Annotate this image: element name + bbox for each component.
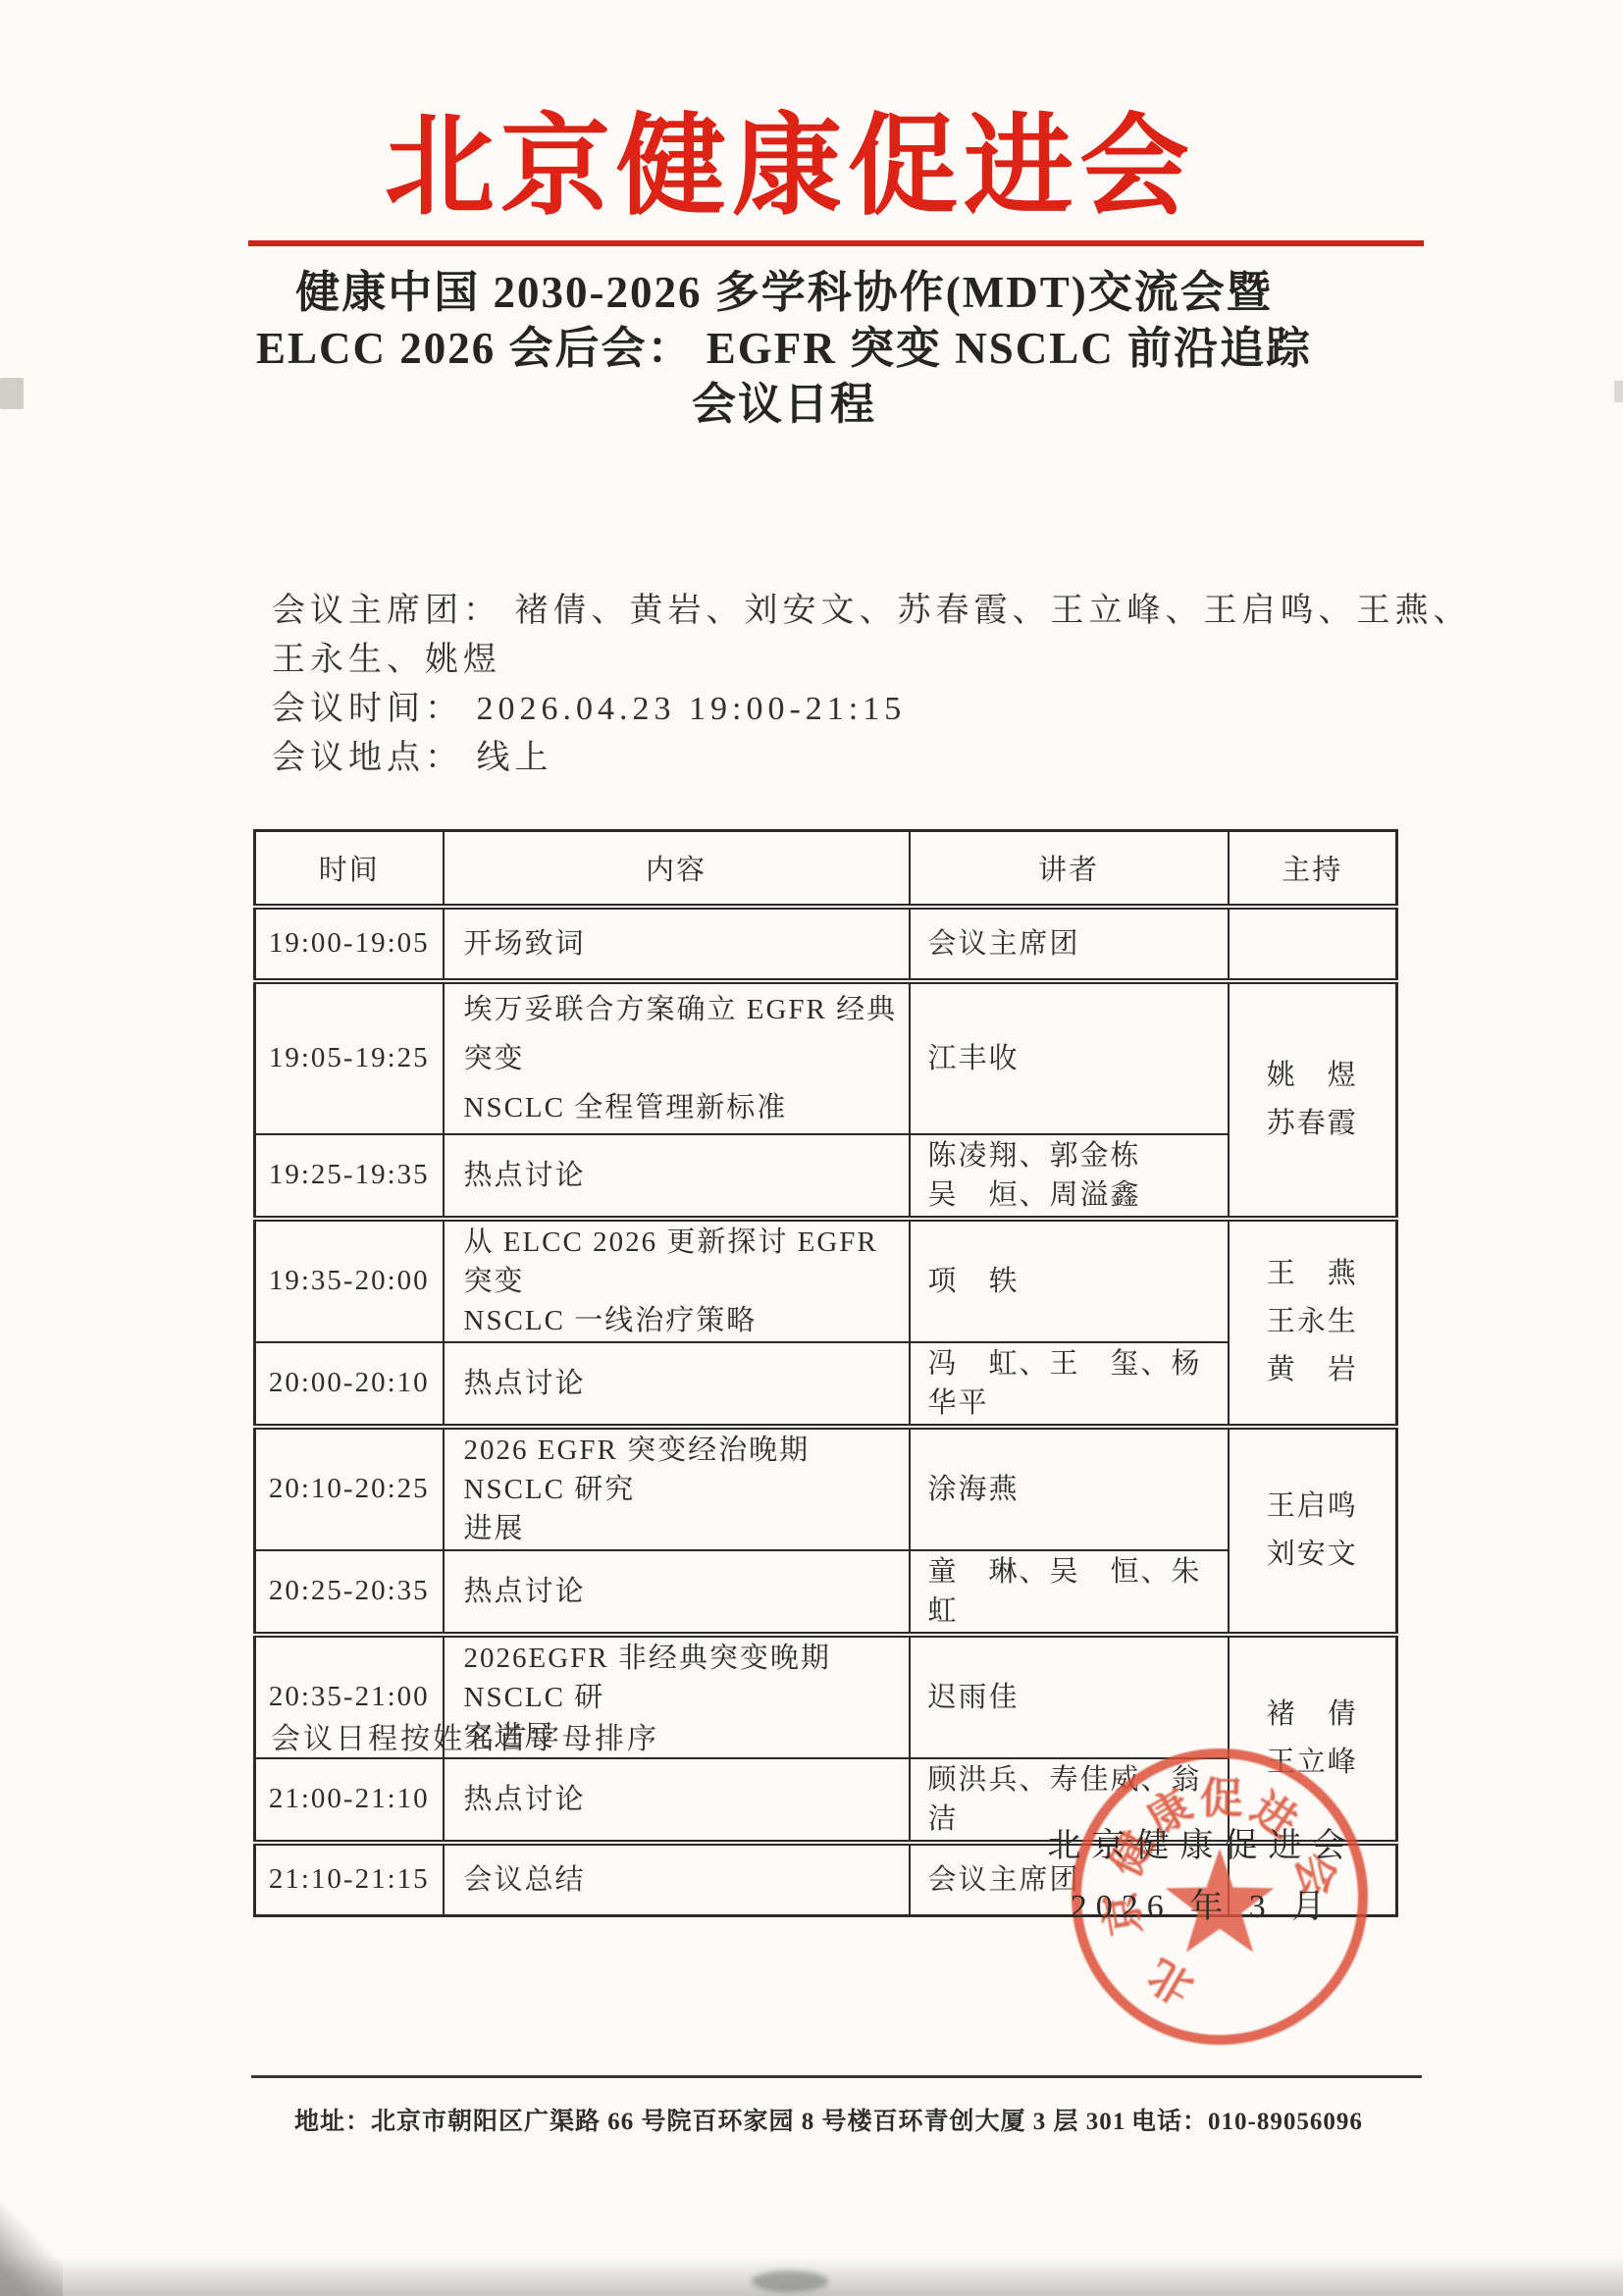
meeting-time: 会议时间： 2026.04.23 19:00-21:15 xyxy=(272,685,1508,734)
agenda-content-cell: 热点讨论 xyxy=(444,1342,910,1427)
agenda-speaker-cell: 冯 虹、王 玺、杨华平 xyxy=(910,1342,1229,1427)
agenda-speaker-cell: 江丰收 xyxy=(910,981,1229,1134)
agenda-host-cell: 姚 煜 苏春霞 xyxy=(1229,981,1397,1219)
agenda-content-cell: 从 ELCC 2026 更新探讨 EGFR 突变 NSCLC 一线治疗策略 xyxy=(444,1219,910,1342)
agenda-speaker-cell: 会议主席团 xyxy=(910,907,1229,981)
header-time: 时间 xyxy=(255,831,444,907)
table-row: 20:10-20:25 2026 EGFR 突变经治晚期 NSCLC 研究 进展… xyxy=(255,1427,1397,1550)
scan-artifact-bottom-left-corner xyxy=(0,2201,63,2296)
signature-block: 北京健康促进会 2026 年 3 月 xyxy=(986,1825,1418,1929)
document-title-line1: 健康中国 2030-2026 多学科协作(MDT)交流会暨 xyxy=(0,265,1596,321)
footer-rule xyxy=(251,2075,1422,2078)
table-header-row: 时间 内容 讲者 主持 xyxy=(255,831,1397,907)
agenda-speaker-cell: 陈凌翔、郭金栋 吴 烜、周溢鑫 xyxy=(910,1134,1229,1219)
agenda-content-cell: 会议总结 xyxy=(444,1843,910,1916)
scanned-document-page: 北京健康促进会 健康中国 2030-2026 多学科协作(MDT)交流会暨 EL… xyxy=(0,0,1623,2296)
meeting-info: 会议主席团： 褚倩、黄岩、刘安文、苏春霞、王立峰、王启鸣、王燕、 王永生、姚煜 … xyxy=(272,587,1508,783)
meeting-chairs-line1: 会议主席团： 褚倩、黄岩、刘安文、苏春霞、王立峰、王启鸣、王燕、 xyxy=(272,587,1508,636)
scan-artifact-bottom-smudge xyxy=(752,2270,828,2292)
table-row: 20:00-20:10 热点讨论 冯 虹、王 玺、杨华平 xyxy=(255,1342,1397,1427)
agenda-time-cell: 21:00-21:10 xyxy=(255,1758,444,1843)
seal-arc-char: 促 xyxy=(1199,1775,1243,1824)
org-title: 北京健康促进会 xyxy=(0,110,1601,226)
document-title-line2: ELCC 2026 会后会： EGFR 突变 NSCLC 前沿追踪 xyxy=(0,321,1596,377)
header-host: 主持 xyxy=(1229,831,1397,907)
document-title-line3: 会议日程 xyxy=(0,377,1596,433)
agenda-time-cell: 19:25-19:35 xyxy=(255,1134,444,1219)
table-row: 20:25-20:35 热点讨论 童 琳、吴 恒、朱 虹 xyxy=(255,1550,1397,1635)
meeting-location: 会议地点： 线上 xyxy=(272,734,1508,783)
masthead: 北京健康促进会 xyxy=(0,110,1601,226)
agenda-time-cell: 21:10-21:15 xyxy=(255,1843,444,1916)
agenda-content-cell: 开场致词 xyxy=(444,907,910,981)
agenda-host-cell: 王 燕 王永生 黄 岩 xyxy=(1229,1219,1397,1427)
agenda-speaker-cell: 项 轶 xyxy=(910,1219,1229,1342)
scan-artifact-right-edge xyxy=(1614,381,1623,402)
header-content: 内容 xyxy=(444,831,910,907)
agenda-time-cell: 19:35-20:00 xyxy=(255,1219,444,1342)
scan-artifact-bottom-shadow xyxy=(0,2257,1623,2296)
table-row: 19:25-19:35 热点讨论 陈凌翔、郭金栋 吴 烜、周溢鑫 xyxy=(255,1134,1397,1219)
agenda-host-cell: 王启鸣 刘安文 xyxy=(1229,1427,1397,1635)
document-title: 健康中国 2030-2026 多学科协作(MDT)交流会暨 ELCC 2026 … xyxy=(0,265,1596,433)
seal-arc-char: 北 xyxy=(1140,1950,1202,2012)
agenda-speaker-cell: 童 琳、吴 恒、朱 虹 xyxy=(910,1550,1229,1635)
signature-date: 2026 年 3 月 xyxy=(986,1886,1418,1929)
agenda-content-cell: 热点讨论 xyxy=(444,1758,910,1843)
table-row: 19:35-20:00 从 ELCC 2026 更新探讨 EGFR 突变 NSC… xyxy=(255,1219,1397,1342)
agenda-time-cell: 20:00-20:10 xyxy=(255,1342,444,1427)
agenda-content-cell: 埃万妥联合方案确立 EGFR 经典突变 NSCLC 全程管理新标准 xyxy=(444,981,910,1134)
signature-org: 北京健康促进会 xyxy=(986,1825,1418,1868)
agenda-time-cell: 19:00-19:05 xyxy=(255,907,444,981)
meeting-chairs-line2: 王永生、姚煜 xyxy=(272,636,1508,685)
table-row: 19:00-19:05 开场致词 会议主席团 xyxy=(255,907,1397,981)
agenda-content-cell: 热点讨论 xyxy=(444,1134,910,1219)
footer-phone: 电话：010-89056096 xyxy=(1131,2102,1363,2137)
masthead-rule xyxy=(248,240,1424,246)
agenda-content-cell: 热点讨论 xyxy=(444,1550,910,1635)
agenda-speaker-cell: 涂海燕 xyxy=(910,1427,1229,1550)
agenda-host-cell xyxy=(1229,907,1397,981)
header-speaker: 讲者 xyxy=(910,831,1229,907)
agenda-content-cell: 2026 EGFR 突变经治晚期 NSCLC 研究 进展 xyxy=(444,1427,910,1550)
agenda-time-cell: 20:25-20:35 xyxy=(255,1550,444,1635)
sorting-footnote: 会议日程按姓名首字母排序 xyxy=(271,1714,659,1757)
footer-address: 地址：北京市朝阳区广渠路 66 号院百环家园 8 号楼百环青创大厦 3 层 30… xyxy=(294,2102,1126,2137)
agenda-time-cell: 20:10-20:25 xyxy=(255,1427,444,1550)
agenda-time-cell: 19:05-19:25 xyxy=(255,981,444,1134)
table-row: 19:05-19:25 埃万妥联合方案确立 EGFR 经典突变 NSCLC 全程… xyxy=(255,981,1397,1134)
